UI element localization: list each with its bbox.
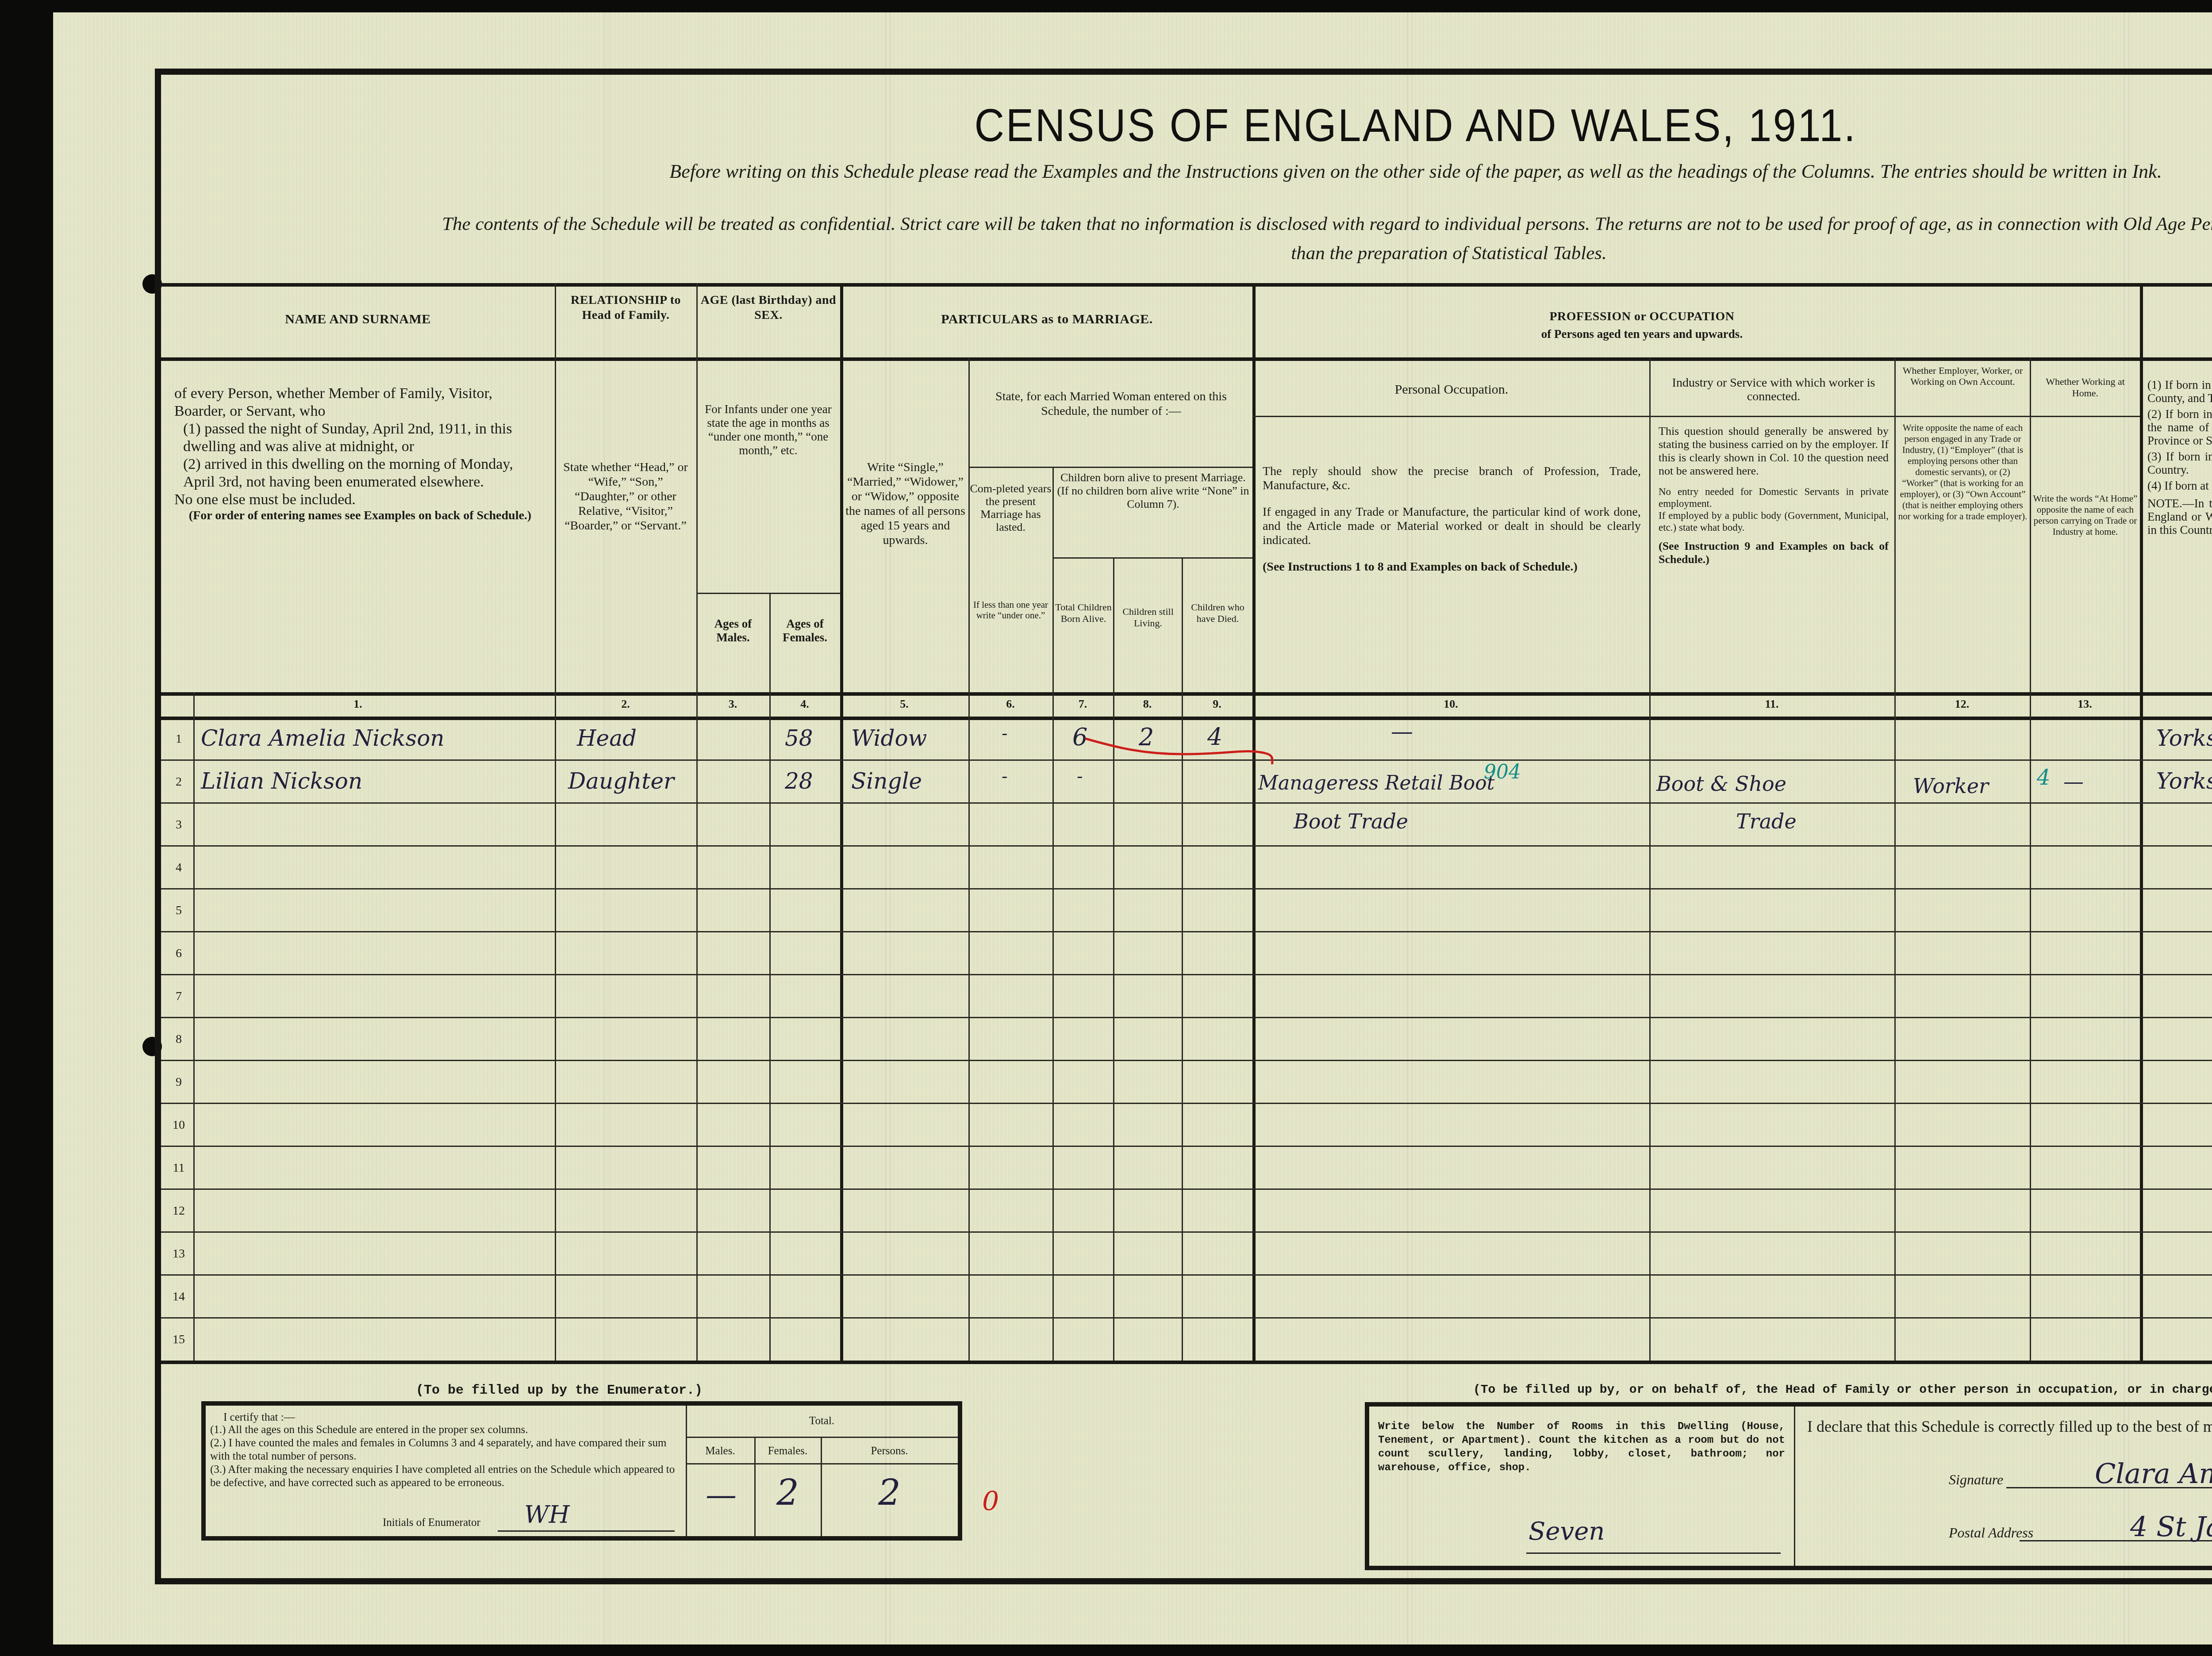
age-females-label: Ages of Females. [771,617,839,644]
cell-name[interactable]: Clara Amelia Nickson [201,725,444,751]
enumerator-heading: (To be filled up by the Enumerator.) [416,1383,703,1398]
cell-industry-line2[interactable]: Trade [1736,809,1797,833]
cell-occupation-code: 904 [1484,761,1521,783]
industry-desc: If employed by a public body (Government… [1659,510,1889,533]
col-number: 2. [555,698,696,711]
confidential-line: The contents of the Schedule will be tre… [177,213,2212,235]
col-number: 12. [1894,698,2030,711]
occupation-subtitle: of Persons aged ten years and upwards. [1254,327,2030,341]
col-number: 8. [1113,698,1182,711]
living-label: Children still Living. [1115,606,1181,629]
row-number: 9 [165,1075,192,1089]
household-heading: (To be filled up by, or on behalf of, th… [1473,1383,2212,1397]
cell-age-female[interactable]: 28 [785,768,813,794]
females-label: Females. [756,1445,820,1458]
certify-3: (3.) After making the necessary enquirie… [210,1463,679,1490]
birthplace-desc: (3) If born in a Foreign Country, write … [2147,450,2212,476]
rooms-value[interactable]: Seven [1528,1517,1605,1546]
enumerator-box: I certify that :— (1.) All the ages on t… [201,1401,962,1541]
cell-birthplace[interactable]: Yorkshire Leeds [2156,768,2212,794]
header-relationship: RELATIONSHIP to Head of Family. [556,293,695,323]
header-marriage: PARTICULARS as to MARRIAGE. [841,312,1252,327]
cell-age-female[interactable]: 58 [785,725,813,751]
industry-label: Industry or Service with which worker is… [1656,376,1891,403]
home-label: Whether Working at Home. [2032,376,2139,399]
col-number: 10. [1252,698,1649,711]
home-desc: Write the words “At Home” opposite the n… [2032,493,2139,537]
persons-total[interactable]: 2 [878,1472,901,1513]
row-number: 15 [165,1333,192,1347]
row-number: 5 [165,904,192,918]
cell-condition[interactable]: Single [851,768,922,794]
household-box: Write below the Number of Rooms in this … [1365,1402,2212,1570]
birthplace-note: NOTE.—In the case of persons born elsewh… [2147,497,2212,537]
employer-desc: Write opposite the name of each person e… [1897,422,2028,522]
address-label: Postal Address [1949,1526,2033,1539]
age-males-label: Ages of Males. [698,617,768,644]
signature-value[interactable]: Clara Amelia Nickson [2095,1457,2212,1490]
rooms-instructions: Write below the Number of Rooms in this … [1378,1420,1785,1475]
row-number: 10 [165,1118,192,1132]
header-occupation: PROFESSION or OCCUPATION [1254,310,2030,324]
instruction-line: Before writing on this Schedule please r… [442,160,2212,183]
declaration: I declare that this Schedule is correctl… [1807,1420,2212,1433]
col-number: 13. [2030,698,2140,711]
married-woman-desc: State, for each Married Woman entered on… [973,389,1249,418]
header-birthplace: BIRTHPLACE [2141,312,2212,326]
cell-employer[interactable]: Worker [1913,774,1989,798]
name-desc: (1) passed the night of Sunday, April 2n… [174,420,546,456]
red-correction-stroke [1081,734,1276,765]
signature-label: Signature [1949,1473,2003,1486]
age-desc: For Infants under one year state the age… [701,402,836,457]
males-label: Males. [687,1445,753,1458]
birthplace-desc: (2) If born in any other part of the Bri… [2147,407,2212,447]
name-desc: No one else must be included. [174,491,546,509]
row-number: 12 [165,1204,192,1218]
certify-2: (2.) I have counted the males and female… [210,1437,679,1463]
confidential-line-2: than the preparation of Statistical Tabl… [177,242,2212,264]
col-number: 9. [1182,698,1252,711]
industry-desc: No entry needed for Domestic Servants in… [1659,486,1889,510]
row-number: 1 [165,732,192,746]
cell-occupation[interactable]: Manageress Retail Boot [1258,772,1495,794]
relationship-desc: State whether “Head,” or “Wife,” “Son,” … [561,460,690,533]
persons-label: Persons. [822,1445,957,1458]
certify-label: I certify that :— [223,1411,295,1424]
cell-industry[interactable]: Boot & Shoe [1656,772,1786,796]
cell-name[interactable]: Lilian Nickson [201,768,362,794]
died-label: Children who have Died. [1183,602,1252,625]
row-number: 11 [165,1161,192,1175]
cell-born-alive[interactable]: - [1077,766,1083,786]
red-check-mark: 0 [982,1486,999,1517]
years-married-note: If less than one year write “under one.” [970,599,1052,621]
males-total[interactable]: — [706,1476,737,1513]
cell-condition[interactable]: Widow [851,725,927,751]
col-number: 14. [2140,698,2212,711]
row-number: 3 [165,818,192,832]
females-total[interactable]: 2 [776,1472,799,1513]
initials-label: Initials of Enumerator [383,1516,480,1529]
col-number: 7. [1052,698,1113,711]
col-number: 11. [1649,698,1894,711]
page-title: CENSUS OF ENGLAND AND WALES, 1911. [898,100,1933,152]
col-number: 4. [769,698,840,711]
cell-years-married[interactable]: - [1002,766,1008,786]
row-number: 13 [165,1247,192,1261]
initials-value[interactable]: WH [524,1501,570,1529]
col-number: 1. [161,698,555,711]
cell-birthplace[interactable]: Yorkshire Leeds [2156,725,2212,751]
row-number: 8 [165,1032,192,1046]
name-desc: (2) arrived in this dwelling on the morn… [174,456,546,491]
header-age: AGE (last Birthday) and SEX. [698,293,839,323]
name-desc: of every Person, whether Member of Famil… [174,385,546,420]
cell-relationship[interactable]: Head [577,725,637,751]
col-number: 5. [840,698,968,711]
years-married-desc: Com-pleted years the present Marriage ha… [970,482,1052,533]
industry-desc: (See Instruction 9 and Examples on back … [1659,540,1889,566]
children-desc: Children born alive to present Marriage.… [1055,471,1252,511]
employer-label: Whether Employer, Worker, or Working on … [1897,365,2028,387]
address-value[interactable]: 4 St James Square [2130,1510,2212,1543]
birthplace-subtitle: of every person. [2141,327,2212,341]
cell-occupation[interactable]: — [1391,719,1413,744]
industry-desc: This question should generally be answer… [1659,425,1889,478]
col-number: 6. [968,698,1052,711]
personal-desc: If engaged in any Trade or Manufacture, … [1263,505,1641,548]
row-number: 2 [165,775,192,789]
certify-1: (1.) All the ages on this Schedule are e… [210,1423,679,1437]
cell-home[interactable]: — [2063,770,2084,793]
row-number: 14 [165,1290,192,1304]
cell-employer-code: 4 [2037,765,2051,790]
cell-occupation-line2[interactable]: Boot Trade [1294,809,1408,833]
header-name: NAME AND SURNAME [161,312,555,327]
cell-years-married[interactable]: - [1002,723,1008,744]
personal-occupation-label: Personal Occupation. [1254,383,1649,396]
cell-relationship[interactable]: Daughter [568,768,674,794]
row-number: 6 [165,947,192,961]
born-alive-label: Total Children Born Alive. [1055,602,1112,625]
marriage-condition-desc: Write “Single,” “Married,” “Widower,” or… [845,460,966,548]
personal-desc: (See Instructions 1 to 8 and Examples on… [1263,560,1641,574]
row-number: 7 [165,989,192,1004]
col-number: 3. [696,698,769,711]
personal-desc: The reply should show the precise branch… [1263,464,1641,493]
birthplace-desc: (4) If born at sea, write “At Sea.” [2147,479,2212,492]
row-number: 4 [165,861,192,875]
total-label: Total. [686,1414,958,1428]
census-table: NAME AND SURNAME of every Person, whethe… [161,283,2212,1361]
name-desc: (For order of entering names see Example… [174,509,546,523]
birthplace-desc: (1) If born in the United Kingdom, write… [2147,378,2212,405]
